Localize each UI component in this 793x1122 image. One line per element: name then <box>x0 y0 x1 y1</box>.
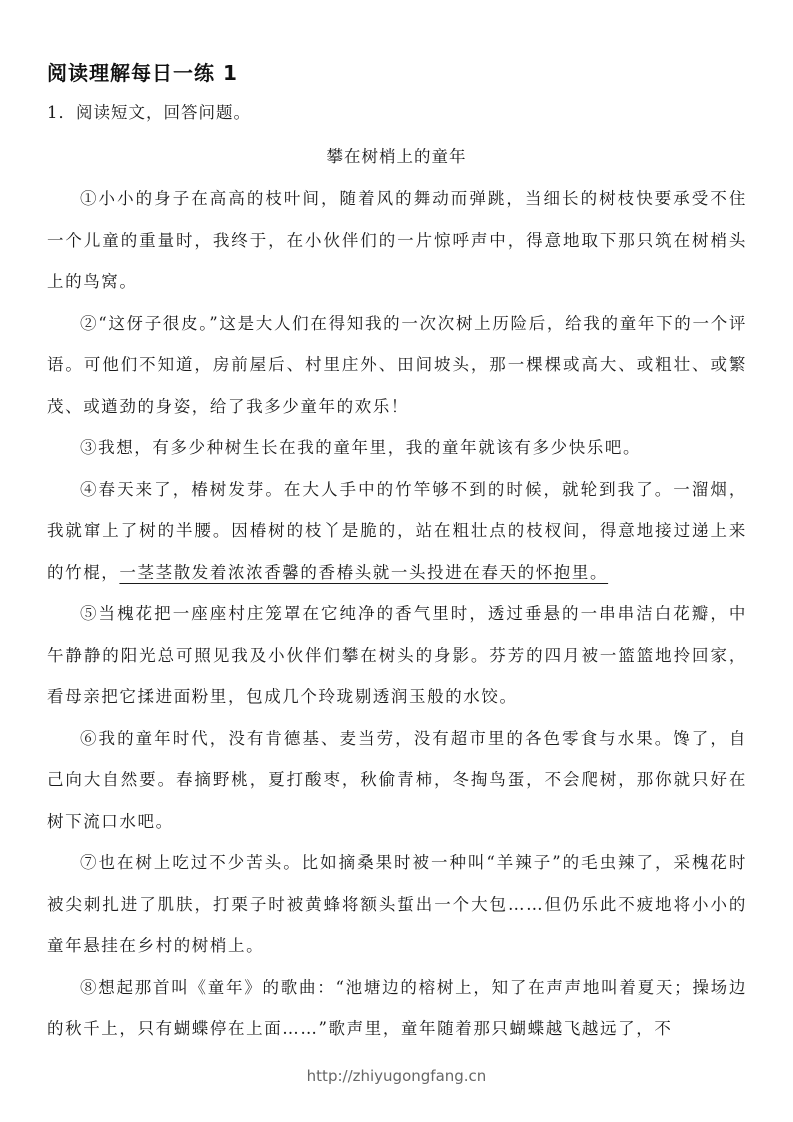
page-title: 阅读理解每日一练 1 <box>47 57 238 86</box>
paragraph-6: ⑥我的童年时代，没有肯德基、麦当劳，没有超市里的各色零食与水果。馋了，自己向大自… <box>47 718 747 843</box>
article-body: ①小小的身子在高高的枝叶间，随着风的舞动而弹跳，当细长的树枝快要承受不住一个儿童… <box>47 178 747 1050</box>
article-title: 攀在树梢上的童年 <box>0 143 793 167</box>
paragraph-5: ⑤当槐花把一座座村庄笼罩在它纯净的香气里时，透过垂悬的一串串洁白花瓣，中午静静的… <box>47 593 747 718</box>
paragraph-2: ②“这伢子很皮。”这是大人们在得知我的一次次树上历险后，给我的童年下的一个评语。… <box>47 303 747 428</box>
paragraph-7: ⑦也在树上吃过不少苦头。比如摘桑果时被一种叫“羊辣子”的毛虫辣了，采槐花时被尖刺… <box>47 842 747 967</box>
paragraph-8: ⑧想起那首叫《童年》的歌曲：“池塘边的榕树上，知了在声声地叫着夏天；操场边的秋千… <box>47 967 747 1050</box>
paragraph-4: ④春天来了，椿树发芽。在大人手中的竹竿够不到的时候，就轮到我了。一溜烟，我就窜上… <box>47 469 747 594</box>
underlined-sentence: 一茎茎散发着浓浓香馨的香椿头就一头投进在春天的怀抱里。 <box>119 563 608 582</box>
question-prompt: 1．阅读短文，回答问题。 <box>47 99 251 123</box>
paragraph-3: ③我想，有多少种树生长在我的童年里，我的童年就该有多少快乐吧。 <box>47 427 747 469</box>
footer-url: http://zhiyugongfang.cn <box>0 1067 793 1085</box>
paragraph-1: ①小小的身子在高高的枝叶间，随着风的舞动而弹跳，当细长的树枝快要承受不住一个儿童… <box>47 178 747 303</box>
